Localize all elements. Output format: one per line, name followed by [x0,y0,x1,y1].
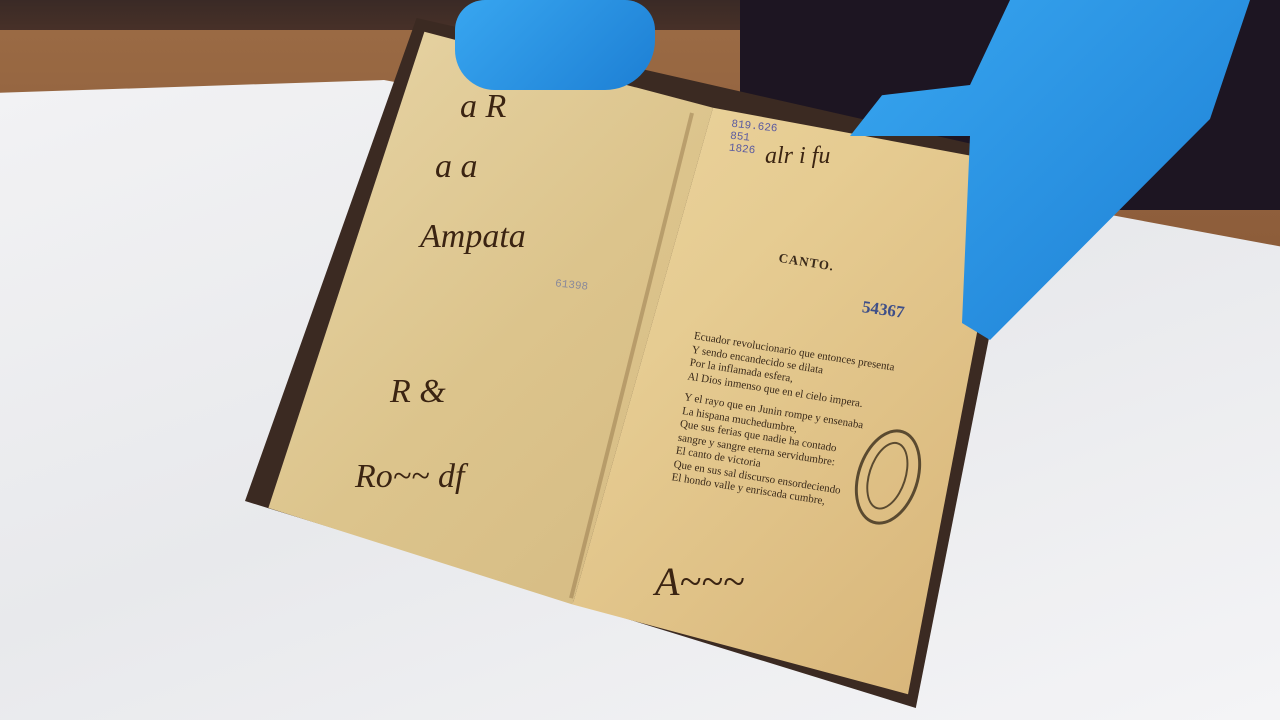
handwriting-flourish: Ro~~ df [355,458,465,496]
signature: alr i fu [765,143,830,170]
handwriting-flourish: Ampata [420,218,526,256]
handwriting-flourish: R & [390,373,446,411]
left-gloved-hand [455,0,655,90]
handwriting-flourish: a a [435,148,478,186]
bottom-signature: A~~~ [655,558,744,605]
handwriting-flourish: a R [460,88,506,126]
